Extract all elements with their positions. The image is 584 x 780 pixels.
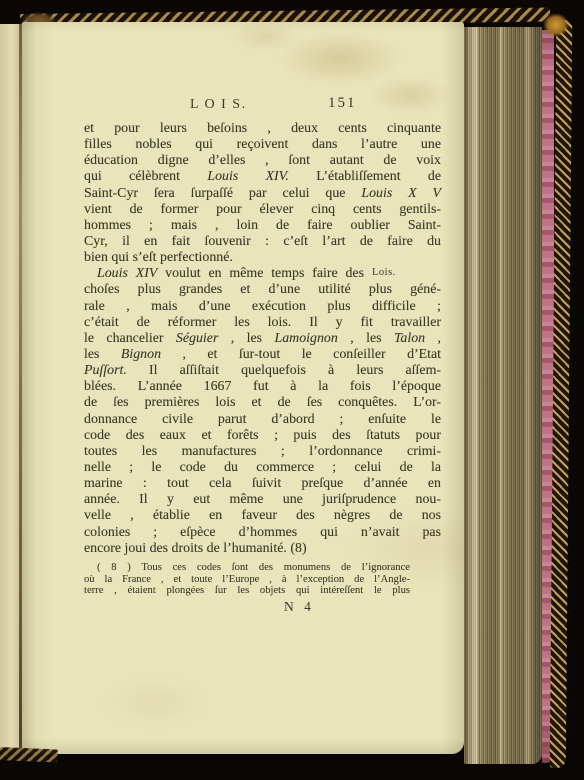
roman-text: , et ſur-tout le conſeiller d’Etat bbox=[161, 347, 441, 362]
text-line: code des eaux et forêts ; puis des ſtatu… bbox=[84, 428, 441, 444]
text-line: Cyr, il en fait ſouvenir : c’eſt l’art d… bbox=[84, 234, 441, 250]
headband-bottom-fragment bbox=[0, 747, 58, 763]
text-line: le chancelier Séguier , les Lamoignon , … bbox=[84, 331, 441, 347]
roman-text: et pour leurs beſoins , deux cents cinqu… bbox=[84, 121, 441, 136]
roman-text: filles nobles qui reçoivent dans l’autre… bbox=[84, 137, 441, 152]
italic-text: Louis XIV. bbox=[207, 169, 289, 184]
roman-text: choſes plus grandes et d’une utilité plu… bbox=[84, 282, 441, 297]
text-line: Saint-Cyr ſera ſurpaſſé par celui que Lo… bbox=[84, 186, 441, 202]
margin-note: Lois. bbox=[372, 267, 396, 278]
fore-edge-pages bbox=[464, 27, 542, 764]
roman-text: Cyr, il en fait ſouvenir : c’eſt l’art d… bbox=[84, 234, 441, 249]
roman-text: le chancelier bbox=[84, 331, 176, 346]
roman-text: , bbox=[425, 331, 441, 346]
page-surface: L O I S. 151 et pour leurs beſoins , deu… bbox=[22, 22, 464, 754]
text-line: c’était de réformer les lois. Il y fit t… bbox=[84, 315, 441, 331]
roman-text: velle , établie en faveur des nègres de … bbox=[84, 508, 441, 523]
roman-text: blées. L’année 1667 fut à la fois l’époq… bbox=[84, 379, 441, 394]
text-line: toutes les manufactures ; l’ordonnance c… bbox=[84, 444, 441, 460]
running-title: L O I S. bbox=[190, 97, 247, 113]
text-line: colonies ; eſpèce d’hommes qui n’avait p… bbox=[84, 525, 441, 541]
text-line: ( 8 ) Tous ces codes ſont des monumens d… bbox=[84, 562, 410, 574]
roman-text: terre , étaient plongées ſur les objets … bbox=[84, 585, 410, 596]
roman-text: rale , mais d’une exécution plus diffici… bbox=[84, 299, 441, 314]
roman-text: année. Il y eut même une juriſprudence n… bbox=[84, 492, 441, 507]
roman-text: L’établiſſement de bbox=[289, 169, 441, 184]
roman-text: c’était de réformer les lois. Il y fit t… bbox=[84, 315, 441, 330]
text-line: année. Il y eut même une juriſprudence n… bbox=[84, 492, 441, 508]
text-line: choſes plus grandes et d’une utilité plu… bbox=[84, 282, 441, 298]
roman-text: de ſes premières lois et de ſes conquête… bbox=[84, 395, 441, 410]
italic-text: Puſſort. bbox=[84, 363, 127, 378]
italic-text: Lamoignon bbox=[275, 331, 338, 346]
text-line: nelle ; le code du commerce ; celui de l… bbox=[84, 460, 441, 476]
roman-text: hommes ; mais , loin de faire oublier Sa… bbox=[84, 218, 441, 233]
text-line: marine : tout cela ſuivit preſque d’anné… bbox=[84, 476, 441, 492]
roman-text: Il aſſiſtait quelquefois à leurs aſſem- bbox=[127, 363, 441, 378]
roman-text: Saint-Cyr ſera ſurpaſſé par celui que bbox=[84, 186, 361, 201]
roman-text: voulut en même temps faire des bbox=[157, 266, 364, 281]
roman-text: colonies ; eſpèce d’hommes qui n’avait p… bbox=[84, 525, 441, 540]
signature-mark: N 4 bbox=[284, 599, 312, 615]
italic-text: Séguier bbox=[176, 331, 218, 346]
roman-text: marine : tout cela ſuivit preſque d’anné… bbox=[84, 476, 441, 491]
text-line: blées. L’année 1667 fut à la fois l’époq… bbox=[84, 379, 441, 395]
text-line: qui célèbrent Louis XIV. L’établiſſement… bbox=[84, 169, 441, 185]
italic-text: Louis X V bbox=[361, 186, 441, 201]
roman-text: où la France , et toute l’Europe , à l’e… bbox=[84, 574, 410, 585]
book-photo: L O I S. 151 et pour leurs beſoins , deu… bbox=[0, 0, 584, 780]
italic-text: Talon bbox=[394, 331, 425, 346]
roman-text: vient de former pour élever cinq cents g… bbox=[84, 202, 441, 217]
footnote-block: ( 8 ) Tous ces codes ſont des monumens d… bbox=[84, 562, 410, 597]
text-line: vient de former pour élever cinq cents g… bbox=[84, 202, 441, 218]
roman-text: , les bbox=[218, 331, 274, 346]
text-line: les Bignon , et ſur-tout le conſeiller d… bbox=[84, 347, 441, 363]
text-line: hommes ; mais , loin de faire oublier Sa… bbox=[84, 218, 441, 234]
roman-text: qui célèbrent bbox=[84, 169, 207, 184]
text-line: bien qui s’eſt perfectionné. bbox=[84, 250, 441, 266]
text-line: filles nobles qui reçoivent dans l’autre… bbox=[84, 137, 441, 153]
roman-text: code des eaux et forêts ; puis des ſtatu… bbox=[84, 428, 441, 443]
text-line: de ſes premières lois et de ſes conquête… bbox=[84, 395, 441, 411]
text-block: et pour leurs beſoins , deux cents cinqu… bbox=[84, 121, 441, 557]
text-line: donnance civile parut d’abord ; enſuite … bbox=[84, 412, 441, 428]
roman-text: nelle ; le code du commerce ; celui de l… bbox=[84, 460, 441, 475]
roman-text: ( 8 ) Tous ces codes ſont des monumens d… bbox=[97, 562, 410, 573]
italic-text: Bignon bbox=[121, 347, 161, 362]
roman-text: toutes les manufactures ; l’ordonnance c… bbox=[84, 444, 441, 459]
roman-text: , les bbox=[338, 331, 394, 346]
roman-text: bien qui s’eſt perfectionné. bbox=[84, 250, 233, 265]
facing-page-sliver bbox=[0, 24, 21, 750]
text-line: terre , étaient plongées ſur les objets … bbox=[84, 585, 410, 597]
italic-text: Louis XIV bbox=[97, 266, 157, 281]
page-number: 151 bbox=[328, 95, 357, 112]
text-line: et pour leurs beſoins , deux cents cinqu… bbox=[84, 121, 441, 137]
roman-text: donnance civile parut d’abord ; enſuite … bbox=[84, 412, 441, 427]
text-line: rale , mais d’une exécution plus diffici… bbox=[84, 299, 441, 315]
text-line: Puſſort. Il aſſiſtait quelquefois à leur… bbox=[84, 363, 441, 379]
roman-text: éducation digne d’elles , ſont autant de… bbox=[84, 153, 441, 168]
text-line: encore joui des droits de l’humanité. (8… bbox=[84, 541, 441, 557]
text-line: Louis XIV voulut en même temps faire des bbox=[84, 266, 364, 282]
roman-text: les bbox=[84, 347, 121, 362]
text-line: où la France , et toute l’Europe , à l’e… bbox=[84, 574, 410, 586]
text-line: éducation digne d’elles , ſont autant de… bbox=[84, 153, 441, 169]
text-line: velle , établie en faveur des nègres de … bbox=[84, 508, 441, 524]
roman-text: encore joui des droits de l’humanité. (8… bbox=[84, 541, 307, 556]
corner-wear-gold bbox=[543, 13, 569, 37]
